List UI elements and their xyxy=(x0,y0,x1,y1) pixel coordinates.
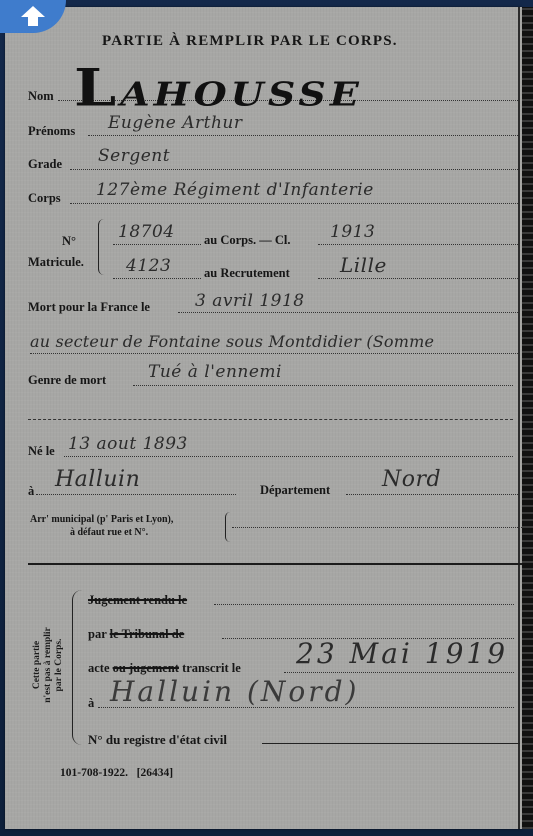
grade-line xyxy=(70,169,518,170)
card-edge-rule xyxy=(518,7,520,829)
prenoms-line xyxy=(88,135,518,136)
jugement-rendu-line xyxy=(214,604,514,605)
departement-line xyxy=(346,494,518,495)
arr-brace xyxy=(225,512,232,542)
prenoms-value: Eugène Arthur xyxy=(108,113,242,133)
acte-text: acte xyxy=(88,661,110,675)
corps-line xyxy=(70,203,518,204)
naissance-date-line xyxy=(64,456,513,457)
footer-reference: 101-708-1922. [26434] xyxy=(60,767,173,779)
recrutement-value: 4123 xyxy=(126,256,171,276)
nom-rest: AHOUSSE xyxy=(120,75,363,113)
mort-date-line xyxy=(178,312,518,313)
blank-line xyxy=(28,419,513,420)
grade-label: Grade xyxy=(28,157,62,172)
arr-line xyxy=(232,527,522,528)
recrutement-no-line xyxy=(113,278,201,279)
matricule-brace xyxy=(98,219,107,275)
registre-line xyxy=(262,743,520,744)
mort-date: 3 avril 1918 xyxy=(195,291,305,311)
mort-lieu: au secteur de Fontaine sous Montdidier (… xyxy=(30,332,434,351)
naissance-lieu-line xyxy=(36,494,236,495)
up-arrow-icon xyxy=(20,5,46,27)
naissance-label: Né le xyxy=(28,444,55,459)
prenoms-label: Prénoms xyxy=(28,124,75,139)
arr-label-line1: Arr' municipal (p' Paris et Lyon), xyxy=(30,514,173,525)
tribunal-text: le Tribunal de xyxy=(110,627,185,641)
transcrit-date: 23 Mai 1919 xyxy=(296,637,508,670)
par-text: par xyxy=(88,627,107,641)
transcrit-text: transcrit le xyxy=(182,661,241,675)
matricule-label: Matricule. xyxy=(28,255,84,270)
nom-label: Nom xyxy=(28,89,54,104)
corps-value: 127ème Régiment d'Infanterie xyxy=(96,180,374,200)
matricule-label-no: N° xyxy=(62,234,76,249)
side-note-line2: n'est pas à remplir xyxy=(43,595,54,735)
acte-lieu: Halluin (Nord) xyxy=(110,675,359,708)
departement-value: Nord xyxy=(382,467,441,492)
nom-initial: L xyxy=(74,59,120,119)
section-divider xyxy=(28,563,522,565)
recrutement-label: au Recrutement xyxy=(204,266,290,281)
nom-value: LAHOUSSE xyxy=(74,59,363,119)
acte-a-label: à xyxy=(88,696,94,711)
side-note-line3: par le Corps. xyxy=(54,595,65,735)
classe-line xyxy=(318,244,518,245)
side-note: Cette partie n'est pas à remplir par le … xyxy=(32,595,65,735)
genre-de-mort-line xyxy=(133,385,513,386)
naissance-lieu: Halluin xyxy=(55,467,140,492)
scan-edge xyxy=(522,7,533,829)
naissance-date: 13 aout 1893 xyxy=(68,434,188,454)
mort-label: Mort pour la France le xyxy=(28,300,150,315)
jugement-rendu-label: Jugement rendu le xyxy=(88,593,187,608)
naissance-a-label: à xyxy=(28,484,34,499)
mort-lieu-line xyxy=(30,353,518,354)
genre-de-mort-value: Tué à l'ennemi xyxy=(148,362,282,382)
departement-label: Département xyxy=(260,483,330,498)
arr-label-line2: à défaut rue et N°. xyxy=(70,527,148,538)
ou-jugement-text: ou jugement xyxy=(113,661,179,675)
au-corps-label: au Corps. — Cl. xyxy=(204,233,290,248)
form-title: PARTIE À REMPLIR PAR LE CORPS. xyxy=(102,33,398,50)
acte-transcrit-label: acte ou jugement transcrit le xyxy=(88,661,241,676)
transcrit-line xyxy=(284,672,514,673)
grade-value: Sergent xyxy=(98,146,170,166)
recrutement-place: Lille xyxy=(340,253,387,277)
side-note-line1: Cette partie xyxy=(32,595,43,735)
jugement-brace xyxy=(72,590,83,745)
recrutement-place-line xyxy=(318,278,518,279)
au-corps-value: 18704 xyxy=(118,222,175,242)
registre-label: N° du registre d'état civil xyxy=(88,732,227,748)
corps-label: Corps xyxy=(28,191,61,206)
jugement-par-label: par le Tribunal de xyxy=(88,627,184,642)
classe-value: 1913 xyxy=(330,222,375,242)
genre-de-mort-label: Genre de mort xyxy=(28,373,106,388)
jugement-rendu-text: Jugement rendu le xyxy=(88,593,187,607)
au-corps-line xyxy=(113,244,201,245)
